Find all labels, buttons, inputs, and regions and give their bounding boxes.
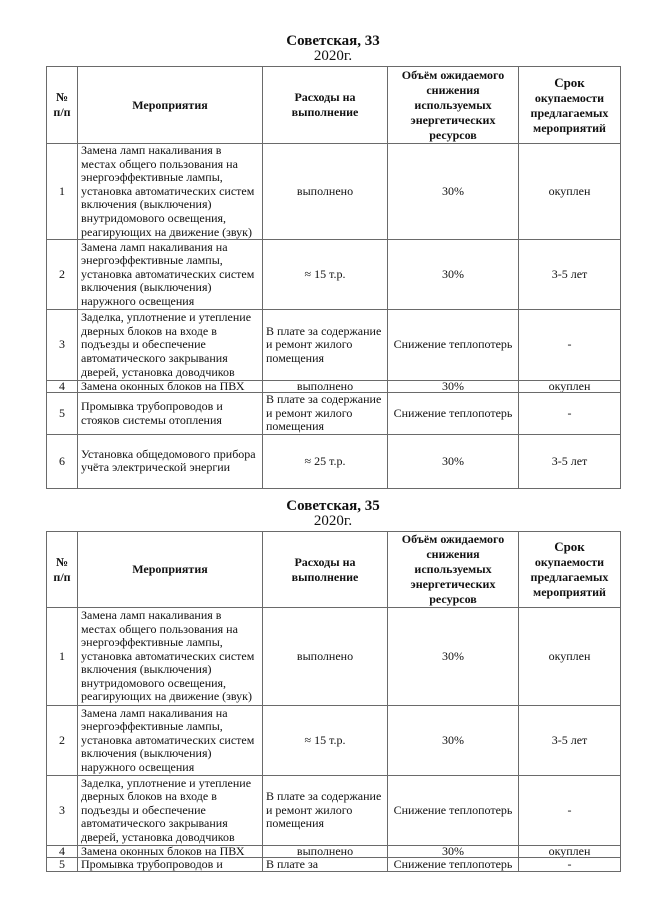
table-row: 5Промывка трубопроводов иВ плате заСниже…	[47, 858, 621, 872]
cell-number: 5	[47, 393, 78, 435]
cell-effect: 30%	[388, 144, 519, 240]
cell-activity: Замена ламп накаливания в местах общего …	[78, 608, 263, 706]
cell-effect: 30%	[388, 434, 519, 488]
table-row: 3Заделка, уплотнение и утепление дверных…	[47, 310, 621, 381]
cell-activity: Установка общедомового прибора учёта эле…	[78, 434, 263, 488]
table-row: 6Установка общедомового прибора учёта эл…	[47, 434, 621, 488]
cell-number: 4	[47, 381, 78, 393]
table-row: 2Замена ламп накаливания на энергоэффект…	[47, 706, 621, 776]
cell-payback: -	[519, 858, 621, 872]
cell-cost: В плате за содержание и ремонт жилого по…	[263, 776, 388, 846]
cell-payback: окуплен	[519, 608, 621, 706]
table-header-row: №п/пМероприятияРасходы на выполнениеОбъё…	[47, 67, 621, 144]
cell-cost: выполнено	[263, 846, 388, 858]
cell-effect: 30%	[388, 381, 519, 393]
header-payback: Срококупаемости предлагаемых мероприятий	[519, 532, 621, 608]
measures-table-1: №п/пМероприятияРасходы на выполнениеОбъё…	[46, 66, 621, 489]
header-activity: Мероприятия	[78, 67, 263, 144]
cell-cost: ≈ 15 т.р.	[263, 706, 388, 776]
cell-activity: Заделка, уплотнение и утепление дверных …	[78, 776, 263, 846]
cell-payback: -	[519, 776, 621, 846]
cell-effect: Снижение теплопотерь	[388, 393, 519, 435]
section-1-year: 2020г.	[46, 48, 620, 64]
cell-payback: 3-5 лет	[519, 240, 621, 310]
cell-payback: 3-5 лет	[519, 434, 621, 488]
cell-payback: -	[519, 310, 621, 381]
measures-table-2: №п/пМероприятияРасходы на выполнениеОбъё…	[46, 531, 621, 872]
cell-payback: окуплен	[519, 144, 621, 240]
cell-number: 3	[47, 310, 78, 381]
cell-effect: Снижение теплопотерь	[388, 310, 519, 381]
table-row: 4Замена оконных блоков на ПВХвыполнено30…	[47, 846, 621, 858]
cell-number: 3	[47, 776, 78, 846]
header-effect: Объём ожидаемого снижения используемых э…	[388, 532, 519, 608]
cell-effect: Снижение теплопотерь	[388, 858, 519, 872]
table-row: 3Заделка, уплотнение и утепление дверных…	[47, 776, 621, 846]
section-2-title: Советская, 35	[46, 498, 620, 514]
section-2-year: 2020г.	[46, 513, 620, 529]
cell-cost: выполнено	[263, 608, 388, 706]
cell-payback: 3-5 лет	[519, 706, 621, 776]
table-row: 1Замена ламп накаливания в местах общего…	[47, 144, 621, 240]
cell-activity: Замена ламп накаливания в местах общего …	[78, 144, 263, 240]
cell-cost: ≈ 25 т.р.	[263, 434, 388, 488]
cell-activity: Промывка трубопроводов и стояков системы…	[78, 393, 263, 435]
cell-activity: Замена оконных блоков на ПВХ	[78, 846, 263, 858]
header-effect: Объём ожидаемого снижения используемых э…	[388, 67, 519, 144]
cell-cost: ≈ 15 т.р.	[263, 240, 388, 310]
cell-effect: 30%	[388, 846, 519, 858]
cell-activity: Замена ламп накаливания на энергоэффекти…	[78, 240, 263, 310]
section-1-title: Советская, 33	[46, 33, 620, 49]
table-row: 5Промывка трубопроводов и стояков систем…	[47, 393, 621, 435]
cell-number: 2	[47, 706, 78, 776]
header-payback: Срококупаемости предлагаемых мероприятий	[519, 67, 621, 144]
cell-number: 4	[47, 846, 78, 858]
header-cost: Расходы на выполнение	[263, 532, 388, 608]
cell-effect: 30%	[388, 706, 519, 776]
header-number: №п/п	[47, 532, 78, 608]
cell-cost: В плате за содержание и ремонт жилого по…	[263, 310, 388, 381]
table-row: 1Замена ламп накаливания в местах общего…	[47, 608, 621, 706]
cell-cost: выполнено	[263, 381, 388, 393]
cell-number: 6	[47, 434, 78, 488]
table-row: 4Замена оконных блоков на ПВХвыполнено30…	[47, 381, 621, 393]
table-header-row: №п/пМероприятияРасходы на выполнениеОбъё…	[47, 532, 621, 608]
cell-number: 1	[47, 144, 78, 240]
header-cost: Расходы на выполнение	[263, 67, 388, 144]
cell-payback: окуплен	[519, 846, 621, 858]
cell-effect: 30%	[388, 240, 519, 310]
cell-cost: В плате за содержание и ремонт жилого по…	[263, 393, 388, 435]
cell-payback: окуплен	[519, 381, 621, 393]
cell-activity: Промывка трубопроводов и	[78, 858, 263, 872]
cell-cost: В плате за	[263, 858, 388, 872]
cell-effect: Снижение теплопотерь	[388, 776, 519, 846]
cell-effect: 30%	[388, 608, 519, 706]
header-number: №п/п	[47, 67, 78, 144]
table-row: 2Замена ламп накаливания на энергоэффект…	[47, 240, 621, 310]
cell-activity: Замена оконных блоков на ПВХ	[78, 381, 263, 393]
cell-cost: выполнено	[263, 144, 388, 240]
header-activity: Мероприятия	[78, 532, 263, 608]
cell-number: 1	[47, 608, 78, 706]
cell-activity: Заделка, уплотнение и утепление дверных …	[78, 310, 263, 381]
cell-number: 5	[47, 858, 78, 872]
cell-payback: -	[519, 393, 621, 435]
cell-number: 2	[47, 240, 78, 310]
cell-activity: Замена ламп накаливания на энергоэффекти…	[78, 706, 263, 776]
